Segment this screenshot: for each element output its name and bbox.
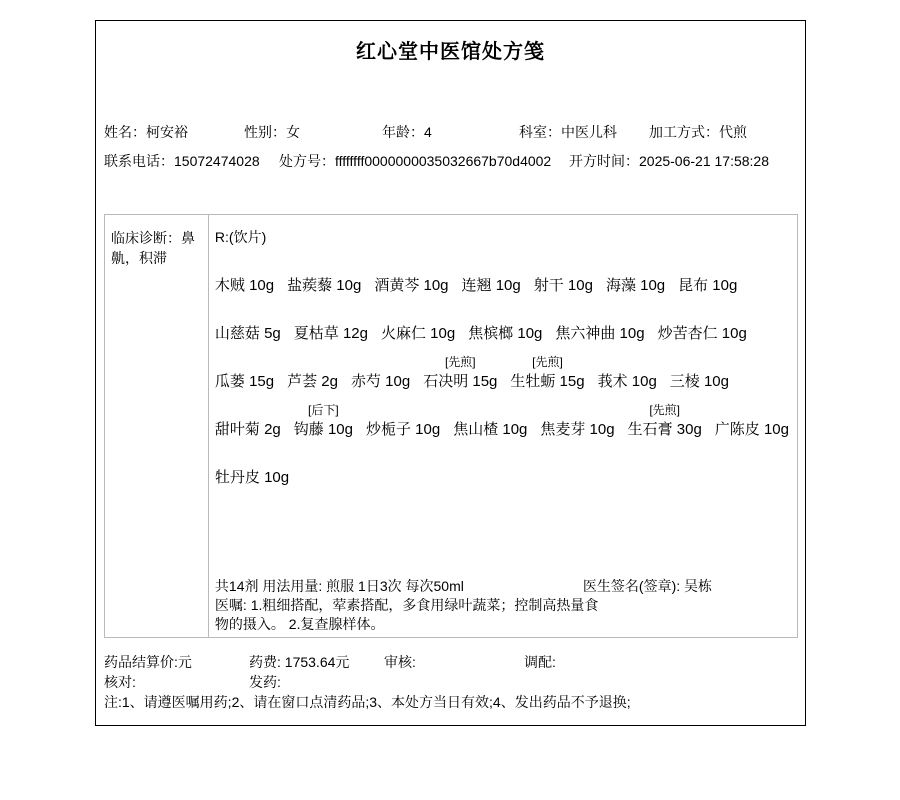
field-review: 审核:: [384, 652, 416, 672]
herb-item: 夏枯草 12g: [294, 324, 368, 343]
herb-name-dose: 芦荟 2g: [287, 373, 338, 390]
rx-cell: R:(饮片) 木贼 10g盐蒺藜 10g酒黄芩 10g连翘 10g射干 10g海…: [209, 215, 797, 637]
herb-item: 海藻 10g: [606, 276, 665, 295]
herb-decoction-note: [后下]: [308, 403, 339, 417]
herb-name-dose: 连翘 10g: [462, 277, 521, 294]
medical-advice: 医嘱: 1.粗细搭配，荤素搭配，多食用绿叶蔬菜；控制高热量食物的摄入。 2.复查…: [215, 596, 607, 634]
herb-line: 山慈菇 5g夏枯草 12g火麻仁 10g焦槟榔 10g焦六神曲 10g炒苦杏仁 …: [215, 295, 789, 343]
field-settlement-price: 药品结算价:元: [104, 652, 192, 672]
diagnosis-label: 临床诊断：: [111, 230, 181, 246]
herb-item: 焦山楂 10g: [453, 420, 527, 439]
herb-item: 莪术 10g: [598, 372, 657, 391]
herb-name-dose: 广陈皮 10g: [715, 421, 789, 438]
herb-name-dose: 昆布 10g: [678, 277, 737, 294]
herb-item: 木贼 10g: [215, 276, 274, 295]
herb-item: [先煎]石决明 15g: [423, 372, 497, 391]
herb-name-dose: 炒苦杏仁 10g: [658, 325, 747, 342]
field-department: 科室：中医儿科: [519, 122, 617, 142]
page-title: 红心堂中医馆处方笺: [96, 35, 805, 64]
herb-name-dose: 焦槟榔 10g: [468, 325, 542, 342]
note-line: 注:1、请遵医嘱用药;2、请在窗口点清药品;3、本处方当日有效;4、发出药品不予…: [104, 692, 631, 712]
herb-name-dose: 生牡蛎 15g: [510, 373, 584, 390]
field-gender: 性别：女: [244, 122, 300, 142]
herb-name-dose: 牡丹皮 10g: [215, 469, 289, 486]
doctor-name: 吴栋: [684, 578, 712, 594]
herb-name-dose: 生石膏 30g: [628, 421, 702, 438]
field-age: 年龄：4: [382, 122, 432, 142]
herb-line: 牡丹皮 10g: [215, 439, 789, 487]
herb-name-dose: 焦麦芽 10g: [540, 421, 614, 438]
herb-item: 炒栀子 10g: [366, 420, 440, 439]
herb-name-dose: 火麻仁 10g: [381, 325, 455, 342]
herb-list: 木贼 10g盐蒺藜 10g酒黄芩 10g连翘 10g射干 10g海藻 10g昆布…: [215, 247, 789, 487]
herb-item: 连翘 10g: [462, 276, 521, 295]
field-issue-time: 开方时间：2025-06-21 17:58:28: [569, 151, 769, 171]
usage-line: 共14剂 用法用量: 煎服 1日3次 每次50ml 医生签名(签章): 吴栋: [215, 577, 789, 596]
herb-line: 瓜蒌 15g芦荟 2g赤芍 10g[先煎]石决明 15g[先煎]生牡蛎 15g莪…: [215, 343, 789, 391]
field-processing-method: 加工方式：代煎: [649, 122, 747, 142]
field-medicine-fee: 药费: 1753.64元: [249, 652, 349, 672]
herb-name-dose: 焦山楂 10g: [453, 421, 527, 438]
herb-item: [先煎]生石膏 30g: [628, 420, 702, 439]
herb-item: 三棱 10g: [670, 372, 729, 391]
herb-line: 甜叶菊 2g[后下]钩藤 10g炒栀子 10g焦山楂 10g焦麦芽 10g[先煎…: [215, 391, 789, 439]
herb-name-dose: 赤芍 10g: [351, 373, 410, 390]
herb-item: 甜叶菊 2g: [215, 420, 281, 439]
patient-info-row-2: 联系电话：15072474028 处方号：ffffffff00000000350…: [96, 151, 805, 169]
herb-name-dose: 甜叶菊 2g: [215, 421, 281, 438]
herb-item: 赤芍 10g: [351, 372, 410, 391]
herb-item: 盐蒺藜 10g: [287, 276, 361, 295]
herb-name-dose: 焦六神曲 10g: [555, 325, 644, 342]
herb-item: 广陈皮 10g: [715, 420, 789, 439]
herb-name-dose: 夏枯草 12g: [294, 325, 368, 342]
herb-decoction-note: [先煎]: [649, 403, 680, 417]
herb-name-dose: 木贼 10g: [215, 277, 274, 294]
herb-item: 芦荟 2g: [287, 372, 338, 391]
herb-name-dose: 盐蒺藜 10g: [287, 277, 361, 294]
herb-name-dose: 酒黄芩 10g: [374, 277, 448, 294]
herb-item: 昆布 10g: [678, 276, 737, 295]
herb-name-dose: 莪术 10g: [598, 373, 657, 390]
herb-item: 火麻仁 10g: [381, 324, 455, 343]
field-check: 核对:: [104, 672, 136, 692]
field-name: 姓名：柯安裕: [104, 122, 188, 142]
herb-item: 酒黄芩 10g: [374, 276, 448, 295]
prescription-page: { "title": "红心堂中医馆处方笺", "patient_row1": …: [0, 0, 900, 800]
herb-item: 射干 10g: [534, 276, 593, 295]
herb-name-dose: 射干 10g: [534, 277, 593, 294]
herb-item: 炒苦杏仁 10g: [658, 324, 747, 343]
herb-decoction-note: [先煎]: [445, 355, 476, 369]
herb-name-dose: 海藻 10g: [606, 277, 665, 294]
field-phone: 联系电话：15072474028: [104, 151, 260, 171]
herb-name-dose: 石决明 15g: [423, 373, 497, 390]
rx-header: R:(饮片): [215, 228, 789, 247]
rx-bottom: 共14剂 用法用量: 煎服 1日3次 每次50ml 医生签名(签章): 吴栋 医…: [215, 577, 789, 634]
herb-item: 牡丹皮 10g: [215, 468, 289, 487]
field-dispense: 发药:: [249, 672, 281, 692]
herb-item: 焦六神曲 10g: [555, 324, 644, 343]
herb-name-dose: 炒栀子 10g: [366, 421, 440, 438]
field-rx-number: 处方号：ffffffff0000000035032667b70d4002: [279, 151, 551, 171]
rx-table: 临床诊断：鼻鼽，积滞 R:(饮片) 木贼 10g盐蒺藜 10g酒黄芩 10g连翘…: [104, 214, 798, 638]
patient-info-row-1: 姓名：柯安裕 性别：女 年龄：4 科室：中医儿科 加工方式：代煎: [96, 122, 805, 140]
doctor-signature: 医生签名(签章): 吴栋: [583, 577, 712, 596]
herb-item: 焦麦芽 10g: [540, 420, 614, 439]
herb-item: [后下]钩藤 10g: [294, 420, 353, 439]
herb-item: 瓜蒌 15g: [215, 372, 274, 391]
diagnosis-cell: 临床诊断：鼻鼽，积滞: [105, 215, 209, 637]
herb-item: [先煎]生牡蛎 15g: [510, 372, 584, 391]
usage-text: 共14剂 用法用量: 煎服 1日3次 每次50ml: [215, 578, 464, 594]
herb-name-dose: 钩藤 10g: [294, 421, 353, 438]
herb-item: 山慈菇 5g: [215, 324, 281, 343]
herb-item: 焦槟榔 10g: [468, 324, 542, 343]
prescription-form: 红心堂中医馆处方笺 姓名：柯安裕 性别：女 年龄：4 科室：中医儿科 加工方式：…: [95, 20, 806, 726]
herb-name-dose: 三棱 10g: [670, 373, 729, 390]
field-prepare: 调配:: [524, 652, 556, 672]
herb-name-dose: 瓜蒌 15g: [215, 373, 274, 390]
herb-name-dose: 山慈菇 5g: [215, 325, 281, 342]
herb-line: 木贼 10g盐蒺藜 10g酒黄芩 10g连翘 10g射干 10g海藻 10g昆布…: [215, 247, 789, 295]
herb-decoction-note: [先煎]: [532, 355, 563, 369]
